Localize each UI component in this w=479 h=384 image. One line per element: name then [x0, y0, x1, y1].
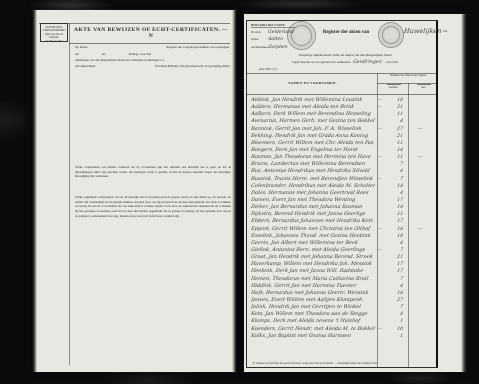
entry-name-handwriting: Groot, Jan Hendrik met Johanna Berend. S…: [250, 254, 375, 260]
entry-act-number: 4: [400, 312, 404, 317]
entry-act-number: 27: [397, 298, 404, 303]
entry-number-cell: 27: [375, 298, 406, 303]
entry-dash: —: [377, 105, 382, 110]
form-line-1: Op heden Register der overgelegde stukke…: [75, 45, 230, 49]
entry-act-number: 7: [400, 162, 404, 167]
form-line-3: Ambtenaar van den Burgerlijken Stand der…: [75, 58, 230, 62]
entry-number-cell: 14: [375, 291, 406, 296]
entry-name-handwriting: Colenbrander, Hendrikus met Aleida M. Sc…: [250, 183, 375, 189]
entry-act-number: 21: [397, 255, 404, 260]
entry-act-number: 4: [400, 119, 404, 124]
entry-name-handwriting: Bosman, Jan Theodorus met Hermina ten Ha…: [250, 154, 375, 160]
form-line-2: ten ure middag, voor den: [75, 52, 230, 56]
entry-name-handwriting: Klomps, Derk met Aleida nevens 't Hulsho…: [250, 318, 375, 324]
corner-label-line: (Wet van den 22 Frimaire: [41, 33, 67, 40]
entry-number-cell: 17: [375, 219, 406, 224]
entry-name-handwriting: Bruins, Lambertus met Willemina Berendse…: [250, 161, 375, 167]
entry-number-cell: —21: [375, 105, 406, 110]
form-line-4-left: Arrondissement: [75, 64, 95, 68]
entry-act-number: 7: [400, 177, 404, 182]
subtitle-line-3: jaar 1851 (*).: [259, 67, 277, 71]
entry-act-number: 1: [400, 334, 404, 339]
subcolumn-header-2: deel.: [409, 84, 438, 89]
entry-name-handwriting: Eppink, Gerrit Willem met Christina ten …: [250, 226, 375, 232]
table-row: Eppink, Gerrit Willem met Christina ten …: [251, 226, 439, 233]
table-row: Bloemers, Gerrit Willem met Chr. Aleida …: [251, 140, 439, 147]
entry-number-cell: 7: [375, 277, 406, 282]
entry-number-cell: 21: [375, 134, 406, 139]
form-line-1-left: Op heden: [75, 45, 87, 49]
entry-act-number: 10: [397, 98, 404, 103]
header-rule: [69, 43, 230, 44]
entry-act-number: 10: [397, 327, 404, 332]
entry-number-cell: 4: [375, 119, 406, 124]
entry-act-number: 1: [400, 319, 404, 324]
entry-act-number: 14: [397, 148, 404, 153]
entry-dash: —: [377, 127, 382, 132]
numbers-column-header: Nummer der akten en het register.: [379, 74, 438, 77]
entry-number-cell: —7: [375, 177, 406, 182]
entry-number-cell: 14: [375, 205, 406, 210]
names-column-header: NAMEN EN VOORNAMEN.: [249, 81, 376, 85]
entry-name-handwriting: Avenarius, Harmen Gerh. met Gezina ten B…: [250, 118, 375, 124]
entry-name-handwriting: Bloemers, Gerrit Willem met Chr. Aleida …: [250, 140, 375, 146]
footnote: (*) Wanneer de tafel meer dan een blad b…: [252, 362, 378, 365]
table-row: Bussink, Teunis Herm. met Berendjen Wiss…: [251, 176, 439, 183]
page-edge-label: blz.: [443, 29, 448, 33]
corner-label-box: KOSTELOOS. GEREGISTREERD (Wet van den 22…: [40, 23, 68, 42]
table-row: Avenarius, Harmen Gerh. met Gezina ten B…: [251, 118, 439, 125]
entry-act-number: 17: [397, 262, 404, 267]
subcolumn-header-1: nommer.: [379, 84, 408, 89]
entry-number-cell: 1: [375, 319, 406, 324]
entry-name-handwriting: Bekking, Hendrik Jan met Grada Anna Koni…: [250, 133, 375, 139]
form-line-4-right: Provincie Brabant, zijn gecompareerd, in…: [155, 64, 230, 68]
table-row: Heinen, Theodorus met Maria Catharina Br…: [251, 276, 439, 283]
entry-act-number: 11: [397, 141, 404, 146]
left-page-title: AKTE VAN BEWIJZEN OF ECHT-CERTIFICATEN. …: [71, 27, 231, 39]
form-line-2c: middag, voor den: [129, 52, 151, 56]
entry-name-handwriting: Dieker, Jan Bernardus met Johanna Bosman: [250, 204, 375, 210]
entry-number-cell: 4: [375, 284, 406, 289]
entry-dash: —: [377, 227, 382, 232]
entry-dash: —: [377, 248, 382, 253]
table-row: Esselink, Johannes Theod. met Gezina Hee…: [251, 233, 439, 240]
round-stamp-icon: [378, 22, 404, 48]
corner-form-label: Kanton: [251, 38, 267, 41]
entry-number-cell: 11: [375, 112, 406, 117]
entry-name-handwriting: Jolink, Hendrik Jan met Gerritjen te Win…: [250, 304, 375, 310]
entry-name-handwriting: Heinen, Theodorus met Maria Catharina Br…: [250, 276, 375, 282]
entry-name-handwriting: Gielink, Antonius Bern. met Aleida Geerl…: [250, 247, 375, 253]
entry-act-number: 4: [400, 169, 404, 174]
entry-number-cell: 19: [375, 234, 406, 239]
entry-dash: —: [377, 155, 382, 160]
entry-dash: —: [377, 327, 382, 332]
entry-number-cell: 21: [375, 255, 406, 260]
table-header-bottom-rule: [247, 94, 437, 95]
entry-number-cell: 17: [375, 198, 406, 203]
entry-act-number: 17: [397, 198, 404, 203]
entry-number-cell: 4: [375, 241, 406, 246]
entry-number-cell: 7: [375, 305, 406, 310]
entry-name-handwriting: Damen, Evert Jan met Theodora Wenting: [250, 197, 375, 203]
margin-rule: [69, 23, 70, 365]
entry-act-number: 14: [397, 205, 404, 210]
subtitle-line-2: ingeschreven op de registers der Gemeent…: [259, 60, 431, 65]
entry-number-cell: 7: [375, 162, 406, 167]
entry-name-handwriting: Aalders, Hermanus met Aleida ten Brink: [250, 104, 375, 110]
entry-name-handwriting: Dijkstra, Berend Hendrik met Janna Geerl…: [250, 211, 375, 217]
table-row: Geerts, Jan Albert met Willemina ter Bee…: [251, 240, 439, 247]
entry-name-handwriting: Aalbers, Derk Willem met Berendina Hesse…: [250, 111, 375, 117]
entry-number-cell: —7: [375, 248, 406, 253]
entry-dash: —: [377, 177, 382, 182]
entry-act-number: 7: [400, 305, 404, 310]
table-row: Hofs, Bernardus met Johanna Geertr. Wens…: [251, 290, 439, 297]
entry-act-number: 7: [400, 248, 404, 253]
corner-form-row: Arrondissement Zutphen: [251, 45, 295, 50]
entry-name-handwriting: Hofs, Bernardus met Johanna Geertr. Wens…: [250, 290, 375, 296]
table-row: Klomps, Derk met Aleida nevens 't Hulsho…: [251, 318, 439, 325]
entry-name-handwriting: Kets, Jan Willem met Theodora aan de Ste…: [250, 311, 375, 317]
table-row: Bus, Antonius Hendrikus met Hendrika Sil…: [251, 168, 439, 175]
entry-act-number: 14: [397, 184, 404, 189]
entry-name-handwriting: Haverkamp, Willem met Hendrika Joh. Mess…: [250, 261, 375, 267]
entry-number-cell: 4: [375, 169, 406, 174]
entry-number-cell: —27: [375, 127, 406, 132]
entry-number-cell: —14: [375, 227, 406, 232]
entry-number-cell: 1: [375, 334, 406, 339]
entry-act-number: 4: [400, 284, 404, 289]
entry-number-cell: 4: [375, 191, 406, 196]
printed-frame: BURGERLIJKE STAND. Provincie Gelderland …: [246, 20, 438, 368]
gemeente-handwriting: Gendringen: [353, 60, 382, 65]
entry-act-number: 27: [397, 127, 404, 132]
table-row: Ebbers, Bernardus Johannes met Hendrika …: [251, 218, 439, 225]
right-page: BURGERLIJKE STAND. Provincie Gelderland …: [244, 14, 466, 372]
printed-paragraph-1: Welke comparanten ons hebben verklaard d…: [75, 165, 231, 179]
entry-number-cell: 11: [375, 141, 406, 146]
left-page: KOSTELOOS. GEREGISTREERD (Wet van den 22…: [33, 10, 236, 372]
entry-number-cell: 14: [375, 184, 406, 189]
table-row: Bannink, Gerrit Jan met Joh. F. A. Wisse…: [251, 126, 439, 133]
entry-act-number: 21: [397, 105, 404, 110]
entry-name-handwriting: Bussink, Teunis Herm. met Berendjen Wiss…: [250, 176, 375, 182]
entry-number-cell: 11: [375, 212, 406, 217]
corner-form-value-handwriting: Aalten: [268, 37, 284, 42]
entry-act-number: 4: [400, 191, 404, 196]
printed-paragraph-2: Welke opgemelde comparanten ons ten dit …: [75, 195, 231, 219]
entry-register-cell: —: [406, 227, 435, 232]
entry-name-handwriting: Bannink, Gerrit Jan met Joh. F. A. Wisse…: [250, 126, 375, 132]
entry-number-cell: 17: [375, 269, 406, 274]
entry-name-handwriting: Jansen, Evert Willem met Aaltjen Klompen…: [250, 297, 375, 303]
subtitle-line-2-post: , voor het: [385, 60, 398, 64]
entry-number-cell: 14: [375, 148, 406, 153]
corner-form-value-handwriting: Zutphen: [268, 45, 288, 50]
corner-label-line: an VII, art. 70.): [41, 40, 67, 44]
corner-form-label: Arrondissement: [251, 46, 267, 49]
form-line-1-right: Register der overgelegde stukken van com…: [167, 45, 231, 49]
entry-act-number: 11: [397, 112, 404, 117]
entry-number-cell: —11: [375, 155, 406, 160]
entry-number-cell: —10: [375, 98, 406, 103]
corner-form-label: Provincie: [251, 31, 267, 34]
entry-name-handwriting: Hiddink, Gerrit Jan met Harmina Tuenter: [250, 283, 375, 289]
entry-name-handwriting: Ebbers, Bernardus Johannes met Hendrika …: [250, 218, 375, 224]
table-row: Bekking, Hendrik Jan met Grada Anna Koni…: [251, 133, 439, 140]
entry-name-handwriting: Geerts, Jan Albert met Willemina ter Bee…: [250, 240, 375, 246]
form-line-4: Arrondissement Provincie Brabant, zijn g…: [75, 64, 230, 68]
entry-name-handwriting: Kolks, Jan Baptist met Gezina Harmsen: [250, 333, 375, 339]
scan-background: { "canvas": {"bg": "#0b0b0b", "paper": "…: [0, 0, 479, 384]
table-row: Koenders, Gerrit Hendr. met Aleida M. te…: [251, 326, 439, 333]
entry-act-number: 4: [400, 241, 404, 246]
form-line-2b: ure: [102, 52, 106, 56]
entry-act-number: 19: [397, 234, 404, 239]
entry-name-handwriting: Dales, Hermanus met Johanna Geertruid Ro…: [250, 190, 375, 196]
register-title: Register der akten van: [311, 30, 381, 35]
entry-register-cell: —: [406, 127, 435, 132]
table-row: Jansen, Evert Willem met Aaltjen Klompen…: [251, 297, 439, 304]
entry-number-cell: 4: [375, 312, 406, 317]
entry-name-handwriting: Bongers, Derk Jan met Engelina ter Horst: [250, 147, 375, 153]
table-row: Hiddink, Gerrit Jan met Harmina Tuenter …: [251, 283, 439, 290]
entry-name-handwriting: Esselink, Johannes Theod. met Gezina Hee…: [250, 233, 375, 239]
subtitle-line-2-pre: ingeschreven op de registers der Gemeent…: [292, 60, 350, 64]
entry-act-number: 17: [397, 269, 404, 274]
index-table-rows: Abbink, Jan Hendrik met Willemina Leusin…: [251, 97, 439, 340]
entry-act-number: 17: [397, 219, 404, 224]
entry-act-number: 7: [400, 277, 404, 282]
table-row: Heebink, Derk Jan met Janna Will. Radsta…: [251, 268, 439, 275]
entry-name-handwriting: Heebink, Derk Jan met Janna Will. Radsta…: [250, 268, 375, 274]
form-line-2a: ten: [75, 52, 79, 56]
entry-act-number: 21: [397, 134, 404, 139]
entry-name-handwriting: Abbink, Jan Hendrik met Willemina Leusin…: [250, 97, 375, 103]
entry-dash: —: [377, 98, 382, 103]
round-stamp-icon: [287, 21, 316, 50]
entry-name-handwriting: Koenders, Gerrit Hendr. met Aleida M. te…: [250, 326, 375, 332]
entry-act-number: 11: [397, 212, 404, 217]
entry-act-number: 14: [397, 291, 404, 296]
entry-act-number: 11: [397, 155, 404, 160]
table-row: Colenbrander, Hendrikus met Aleida M. Sc…: [251, 183, 439, 190]
table-row: Dales, Hermanus met Johanna Geertruid Ro…: [251, 190, 439, 197]
entry-number-cell: —10: [375, 327, 406, 332]
entry-name-handwriting: Bus, Antonius Hendrikus met Hendrika Sil…: [250, 168, 375, 174]
table-row: Kolks, Jan Baptist met Gezina Harmsen 1: [251, 333, 439, 340]
entry-number-cell: 17: [375, 262, 406, 267]
entry-act-number: 14: [397, 227, 404, 232]
register-title-handwriting: Huwelijken: [404, 27, 442, 35]
subtitle-line-1: Tienjarige alphabetische Tafel der Akten…: [259, 53, 431, 57]
entry-register-cell: —: [406, 155, 435, 160]
